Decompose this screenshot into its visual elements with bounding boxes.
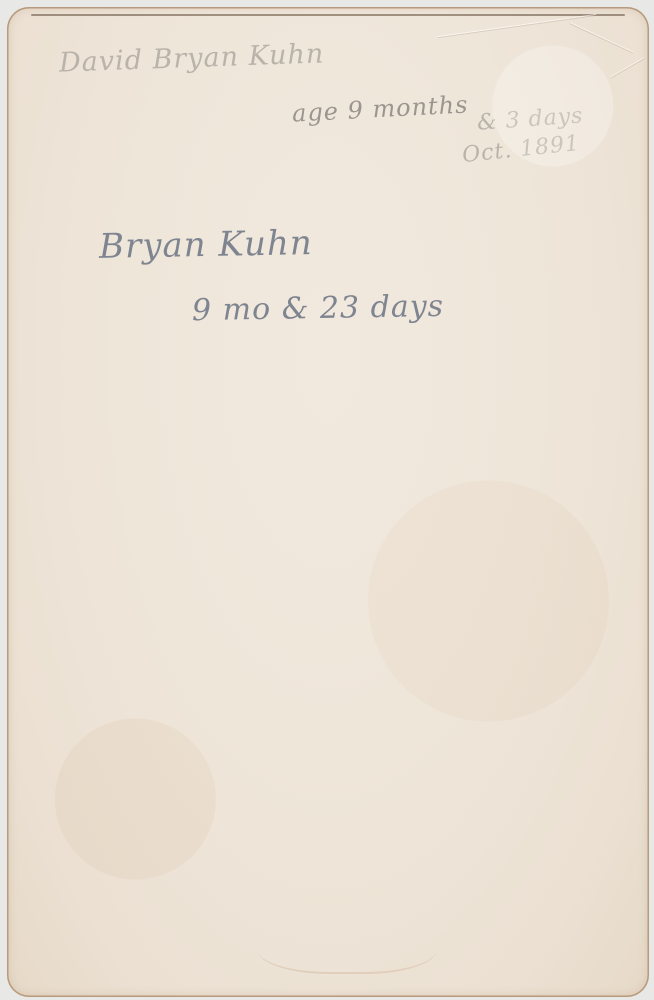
inscription-full-name: David Bryan Kuhn xyxy=(59,38,325,78)
faint-stamp-mark xyxy=(257,912,437,974)
paper-crease xyxy=(609,57,644,78)
cabinet-card-back: David Bryan Kuhn age 9 months & 3 days O… xyxy=(7,7,649,997)
inscription-age: 9 mo & 23 days xyxy=(192,289,445,328)
inscription-name: Bryan Kuhn xyxy=(99,223,313,267)
inscription-date: Oct. 1891 xyxy=(461,131,581,168)
paper-crease xyxy=(438,14,597,37)
inscription-age-months: age 9 months xyxy=(291,90,469,127)
card-top-edge xyxy=(31,14,625,16)
inscription-age-days: & 3 days xyxy=(476,103,584,135)
scan-background: David Bryan Kuhn age 9 months & 3 days O… xyxy=(0,0,654,1000)
paper-crease xyxy=(570,22,634,52)
